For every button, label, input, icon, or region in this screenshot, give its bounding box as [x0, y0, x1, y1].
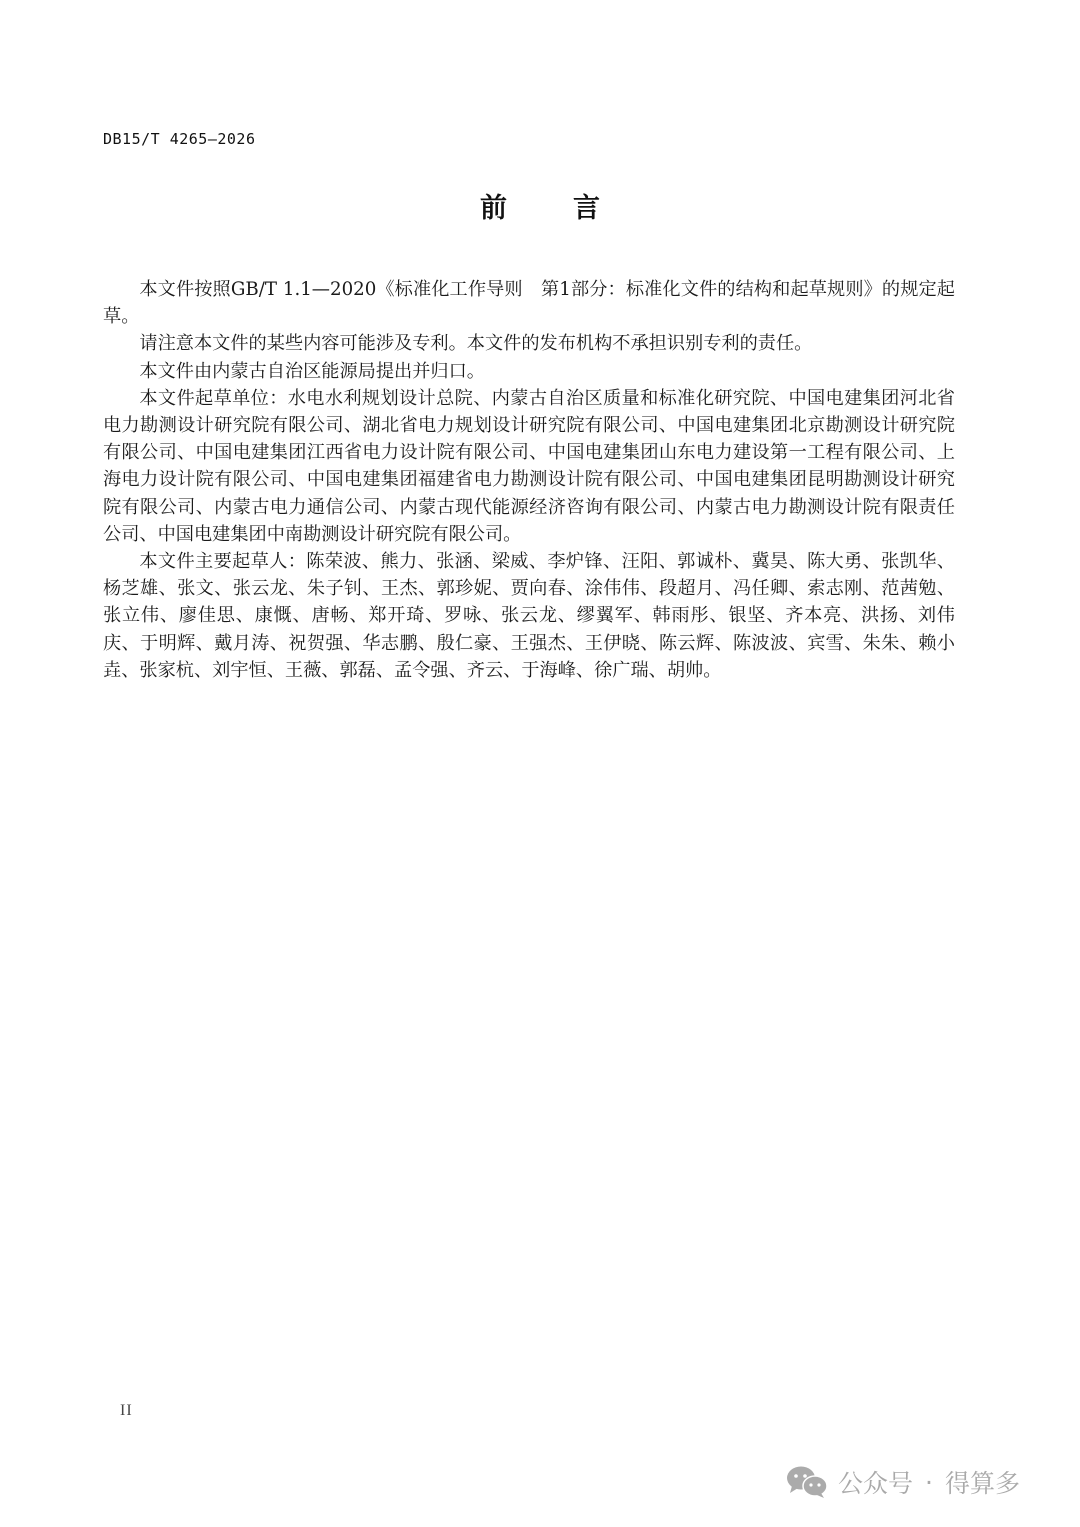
document-code: DB15/T 4265—2026 — [103, 130, 256, 148]
watermark-account: 得算多 — [945, 1464, 1020, 1500]
watermark-separator: · — [925, 1468, 933, 1497]
paragraph-drafting-units: 本文件起草单位：水电水利规划设计总院、内蒙古自治区质量和标准化研究院、中国电建集… — [103, 385, 955, 548]
foreword-body: 本文件按照GB/T 1.1—2020《标准化工作导则 第1部分：标准化文件的结构… — [103, 276, 955, 684]
paragraph-drafting-rules: 本文件按照GB/T 1.1—2020《标准化工作导则 第1部分：标准化文件的结构… — [103, 276, 955, 330]
wechat-icon — [786, 1465, 828, 1499]
paragraph-proposer: 本文件由内蒙古自治区能源局提出并归口。 — [103, 358, 955, 385]
page-number: II — [120, 1402, 133, 1420]
page-title: 前言 — [0, 186, 1080, 225]
paragraph-drafters: 本文件主要起草人：陈荣波、熊力、张涵、梁威、李炉锋、汪阳、郭诚朴、冀昊、陈大勇、… — [103, 548, 955, 684]
paragraph-patent-notice: 请注意本文件的某些内容可能涉及专利。本文件的发布机构不承担识别专利的责任。 — [103, 330, 955, 357]
watermark: 公众号 · 得算多 — [786, 1464, 1020, 1500]
page-title-char-1: 前 — [480, 186, 507, 225]
watermark-label: 公众号 — [838, 1464, 913, 1500]
page-title-char-2: 言 — [573, 186, 600, 225]
